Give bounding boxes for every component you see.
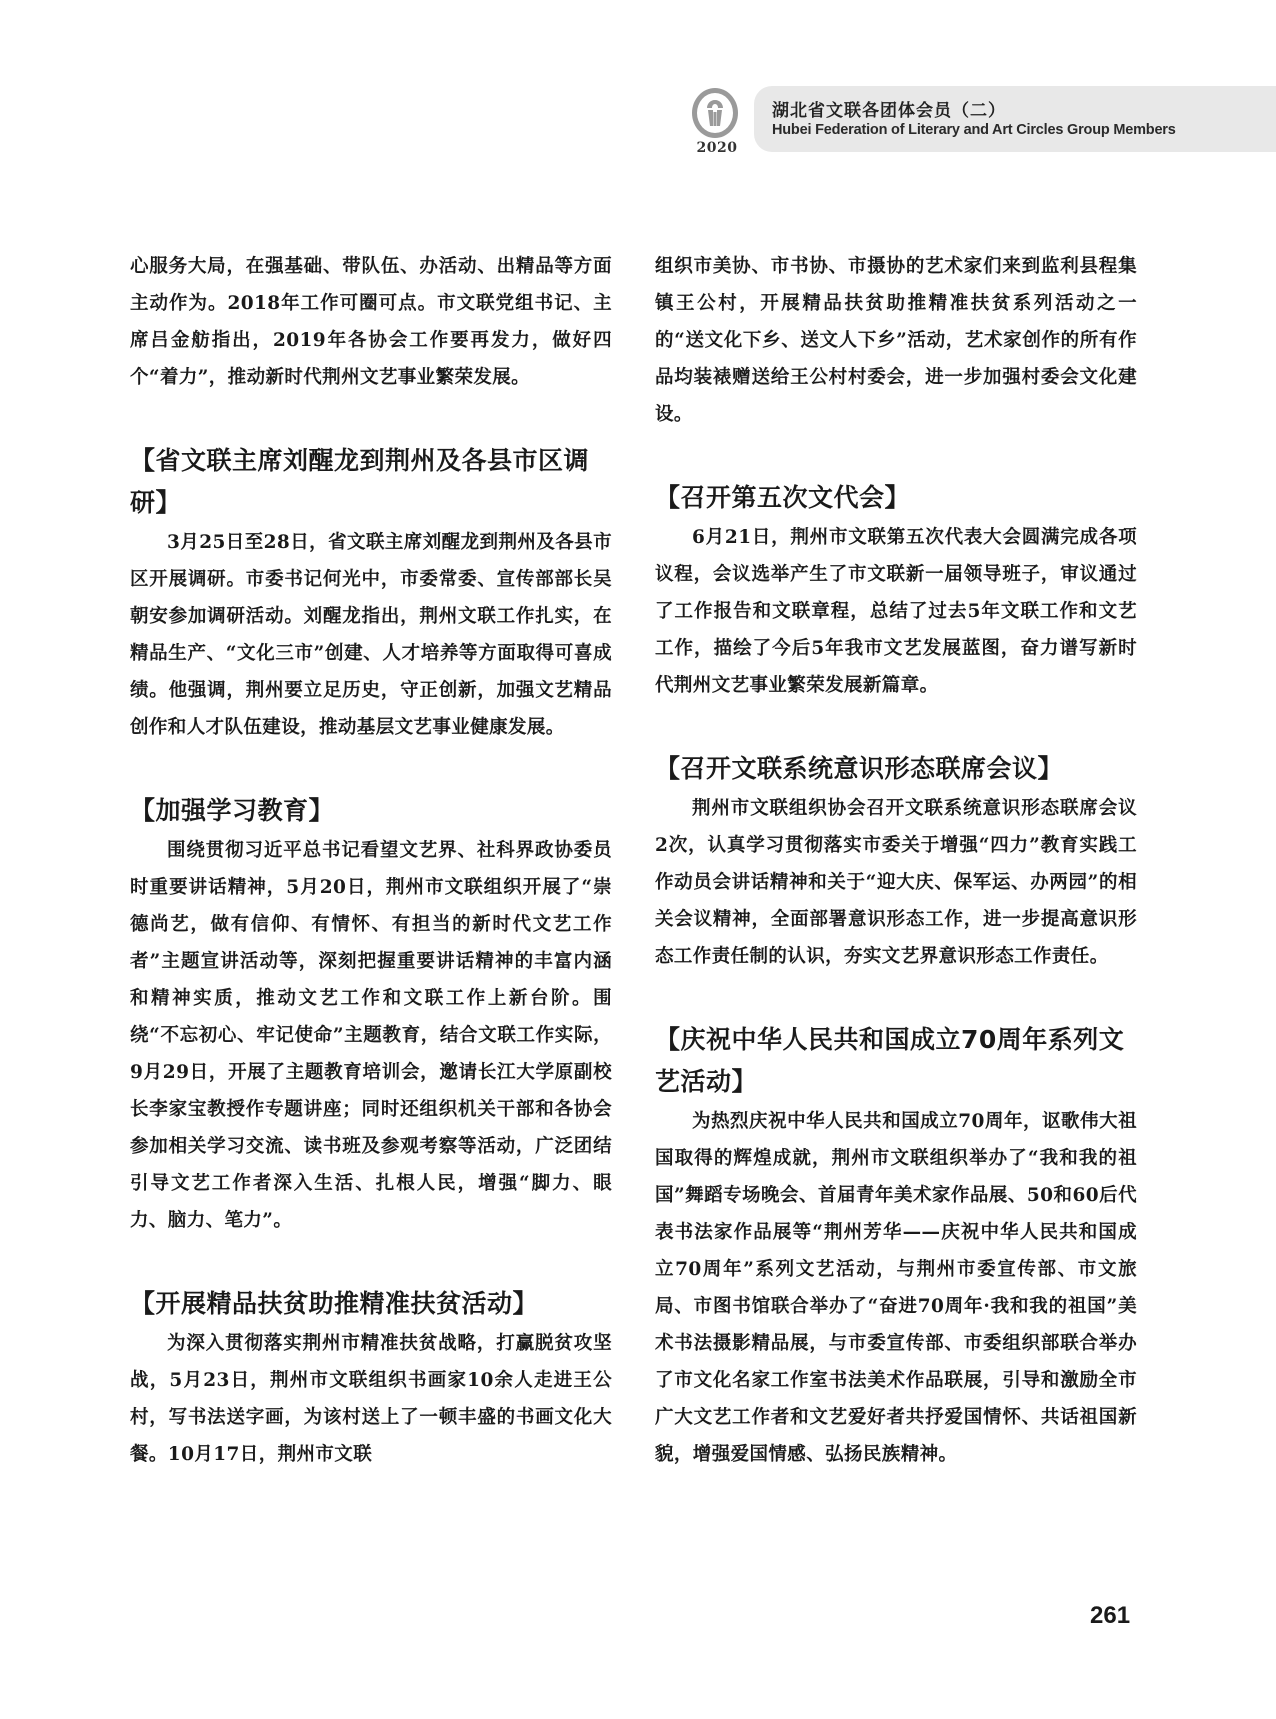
section-heading-survey: 【省文联主席刘醒龙到荆州及各县市区调研】 (130, 440, 612, 524)
page-header: 2020 湖北省文联各团体会员（二） Hubei Federation of L… (0, 0, 1276, 190)
intro-paragraph: 心服务大局，在强基础、带队伍、办活动、出精品等方面主动作为。2018年工作可圈可… (130, 248, 612, 396)
logo-year: 2020 (688, 140, 746, 156)
page-number: 261 (1090, 1602, 1130, 1630)
section-heading-ideology: 【召开文联系统意识形态联席会议】 (655, 748, 1137, 790)
continued-paragraph: 组织市美协、市书协、市摄协的艺术家们来到监利县程集镇王公村，开展精品扶贫助推精准… (655, 248, 1137, 433)
federation-logo: 2020 (688, 88, 746, 158)
section-body-congress: 6月21日，荆州市文联第五次代表大会圆满完成各项议程，会议选举产生了市文联新一届… (655, 519, 1137, 704)
section-heading-congress: 【召开第五次文代会】 (655, 477, 1137, 519)
header-title-cn: 湖北省文联各团体会员（二） (772, 96, 1006, 121)
logo-emblem-icon (704, 98, 726, 128)
section-body-anniversary: 为热烈庆祝中华人民共和国成立70周年，讴歌伟大祖国取得的辉煌成就，荆州市文联组织… (655, 1103, 1137, 1473)
section-heading-study: 【加强学习教育】 (130, 790, 612, 832)
right-column: 组织市美协、市书协、市摄协的艺术家们来到监利县程集镇王公村，开展精品扶贫助推精准… (655, 248, 1137, 1473)
section-heading-anniversary: 【庆祝中华人民共和国成立70周年系列文艺活动】 (655, 1019, 1137, 1103)
header-title-en: Hubei Federation of Literary and Art Cir… (772, 122, 1176, 138)
section-heading-poverty: 【开展精品扶贫助推精准扶贫活动】 (130, 1283, 612, 1325)
header-banner: 湖北省文联各团体会员（二） Hubei Federation of Litera… (754, 86, 1276, 152)
section-body-survey: 3月25日至28日，省文联主席刘醒龙到荆州及各县市区开展调研。市委书记何光中，市… (130, 524, 612, 746)
section-body-poverty: 为深入贯彻落实荆州市精准扶贫战略，打赢脱贫攻坚战，5月23日，荆州市文联组织书画… (130, 1325, 612, 1473)
section-body-ideology: 荆州市文联组织协会召开文联系统意识形态联席会议2次，认真学习贯彻落实市委关于增强… (655, 790, 1137, 975)
left-column: 心服务大局，在强基础、带队伍、办活动、出精品等方面主动作为。2018年工作可圈可… (130, 248, 612, 1473)
section-body-study: 围绕贯彻习近平总书记看望文艺界、社科界政协委员时重要讲话精神，5月20日，荆州市… (130, 832, 612, 1239)
